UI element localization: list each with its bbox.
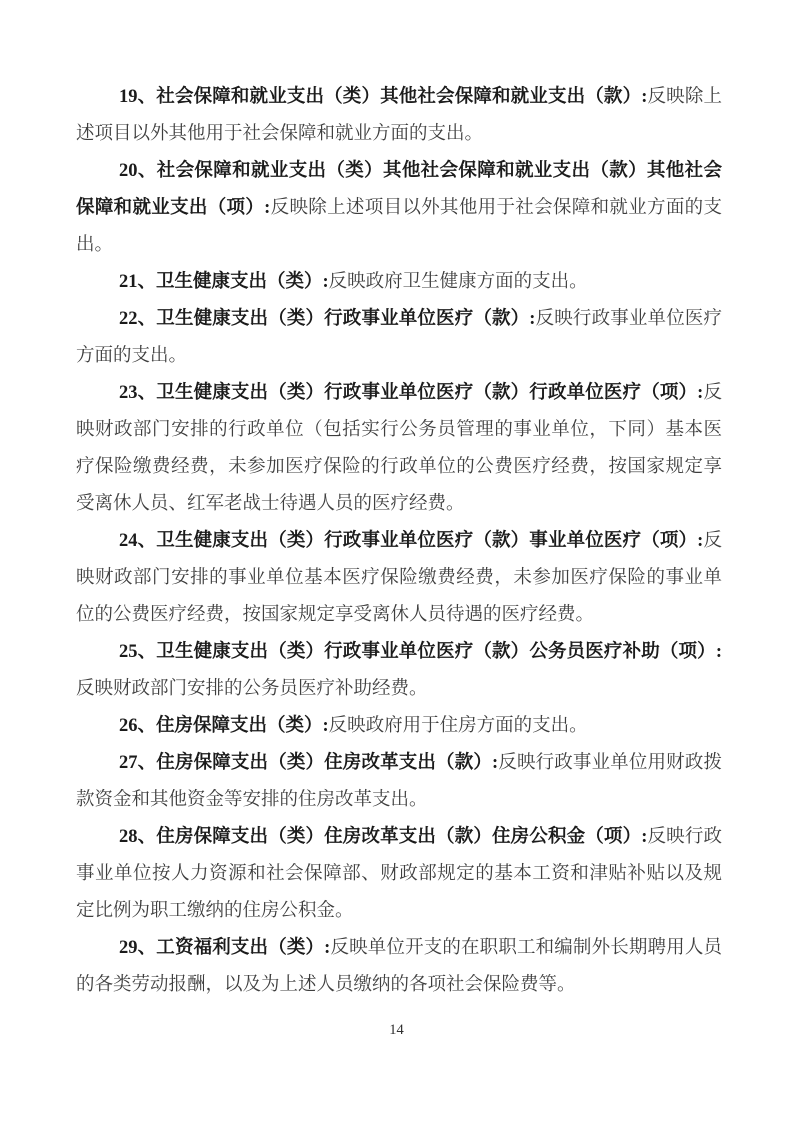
paragraph-26-text: 反映政府用于住房方面的支出。 bbox=[329, 716, 588, 736]
paragraph-29: 29、工资福利支出（类）:反映单位开支的在职职工和编制外长期聘用人员的各类劳动报… bbox=[76, 930, 722, 1004]
paragraph-26: 26、住房保障支出（类）:反映政府用于住房方面的支出。 bbox=[76, 708, 722, 745]
paragraph-25-text: 反映财政部门安排的公务员医疗补助经费。 bbox=[76, 679, 428, 699]
paragraph-24: 24、卫生健康支出（类）行政事业单位医疗（款）事业单位医疗（项）:反映财政部门安… bbox=[76, 523, 722, 634]
paragraph-19: 19、社会保障和就业支出（类）其他社会保障和就业支出（款）:反映除上述项目以外其… bbox=[76, 79, 722, 153]
document-page: 19、社会保障和就业支出（类）其他社会保障和就业支出（款）:反映除上述项目以外其… bbox=[0, 0, 793, 1122]
paragraph-19-heading: 19、社会保障和就业支出（类）其他社会保障和就业支出（款）: bbox=[119, 87, 647, 107]
paragraph-28-heading: 28、住房保障支出（类）住房改革支出（款）住房公积金（项）: bbox=[119, 827, 647, 847]
paragraph-25-heading: 25、卫生健康支出（类）行政事业单位医疗（款）公务员医疗补助（项）: bbox=[119, 642, 722, 662]
paragraph-23-heading: 23、卫生健康支出（类）行政事业单位医疗（款）行政单位医疗（项）: bbox=[119, 383, 703, 403]
paragraph-24-heading: 24、卫生健康支出（类）行政事业单位医疗（款）事业单位医疗（项）: bbox=[119, 531, 703, 551]
paragraph-22: 22、卫生健康支出（类）行政事业单位医疗（款）:反映行政事业单位医疗方面的支出。 bbox=[76, 301, 722, 375]
paragraph-21: 21、卫生健康支出（类）:反映政府卫生健康方面的支出。 bbox=[76, 264, 722, 301]
paragraph-28: 28、住房保障支出（类）住房改革支出（款）住房公积金（项）:反映行政事业单位按人… bbox=[76, 819, 722, 930]
paragraph-27-heading: 27、住房保障支出（类）住房改革支出（款）: bbox=[119, 753, 498, 773]
paragraph-20: 20、社会保障和就业支出（类）其他社会保障和就业支出（款）其他社会保障和就业支出… bbox=[76, 153, 722, 264]
page-number: 14 bbox=[0, 1020, 793, 1040]
paragraph-21-text: 反映政府卫生健康方面的支出。 bbox=[329, 272, 588, 292]
paragraph-23: 23、卫生健康支出（类）行政事业单位医疗（款）行政单位医疗（项）:反映财政部门安… bbox=[76, 375, 722, 523]
paragraph-22-heading: 22、卫生健康支出（类）行政事业单位医疗（款）: bbox=[119, 309, 535, 329]
paragraph-21-heading: 21、卫生健康支出（类）: bbox=[119, 272, 329, 292]
document-body: 19、社会保障和就业支出（类）其他社会保障和就业支出（款）:反映除上述项目以外其… bbox=[76, 79, 722, 1004]
paragraph-27: 27、住房保障支出（类）住房改革支出（款）:反映行政事业单位用财政拨款资金和其他… bbox=[76, 745, 722, 819]
paragraph-29-heading: 29、工资福利支出（类）: bbox=[119, 938, 330, 958]
paragraph-25: 25、卫生健康支出（类）行政事业单位医疗（款）公务员医疗补助（项）:反映财政部门… bbox=[76, 634, 722, 708]
paragraph-26-heading: 26、住房保障支出（类）: bbox=[119, 716, 329, 736]
